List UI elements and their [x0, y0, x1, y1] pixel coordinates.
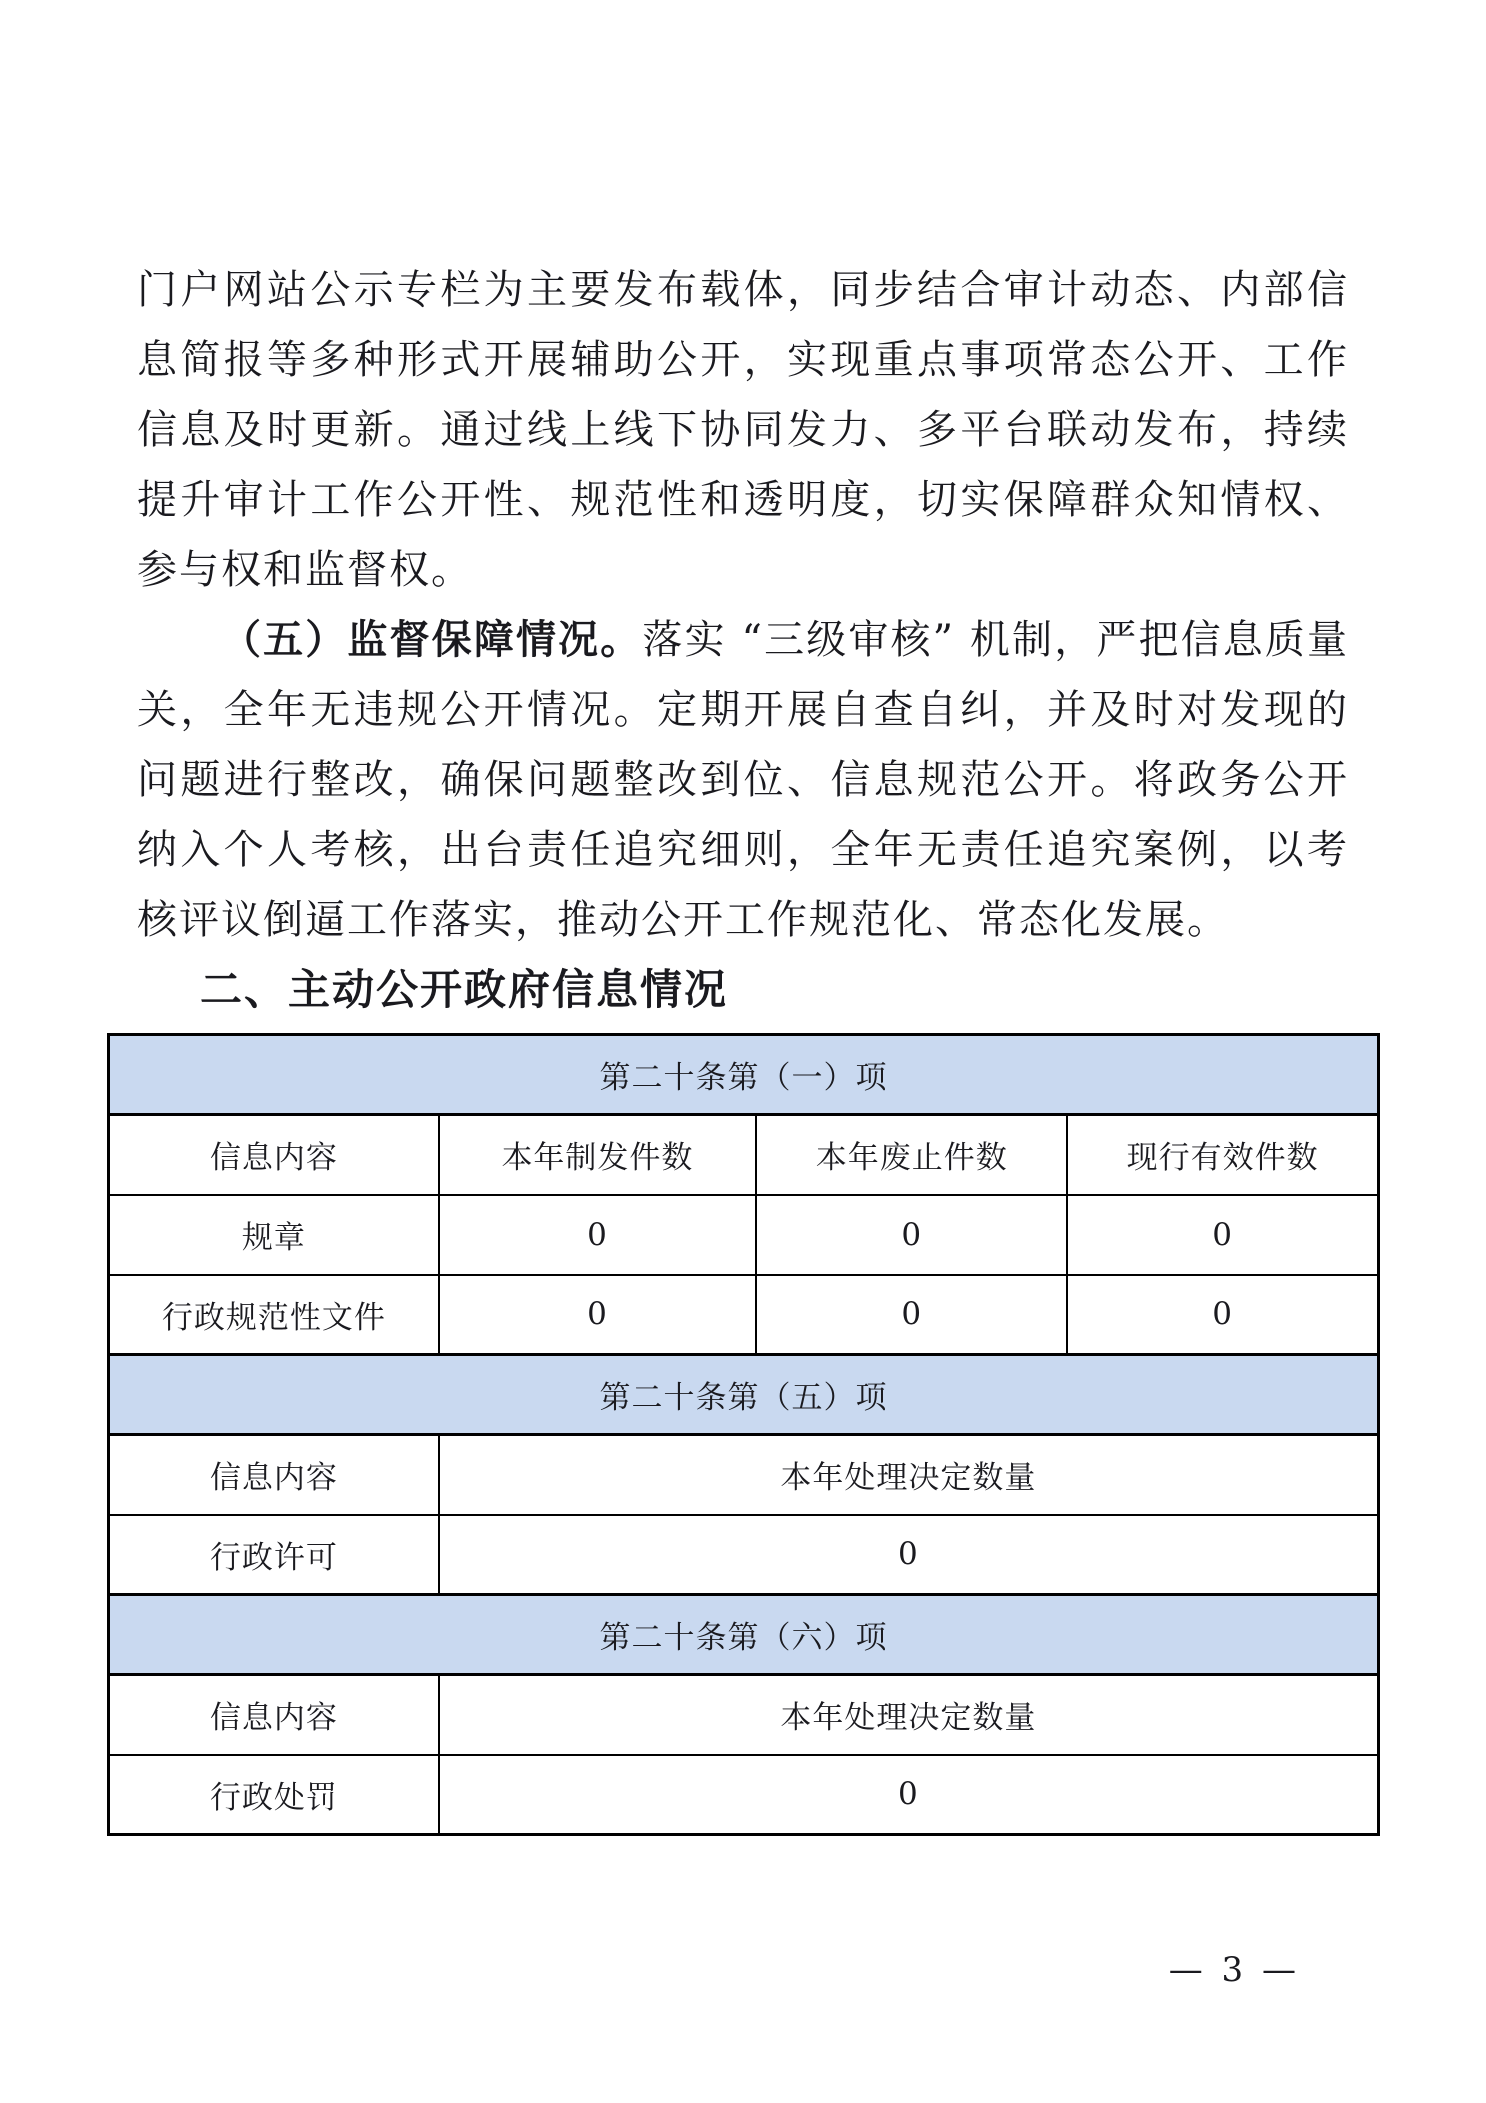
cell-value: 0 — [439, 1515, 1379, 1595]
column-header-repealed-this-year: 本年废止件数 — [756, 1115, 1067, 1195]
paragraph-text: 落实 “三级审核” 机制，严把信息质量关，全年无违规公开情况。定期开展自查自纠，… — [137, 617, 1349, 943]
row-label-normative-documents: 行政规范性文件 — [109, 1275, 439, 1355]
table-section-header-row: 第二十条第（一）项 — [109, 1035, 1379, 1115]
cell-value: 0 — [439, 1275, 757, 1355]
paragraph-supervision: （五）监督保障情况。落实 “三级审核” 机制，严把信息质量关，全年无违规公开情况… — [137, 605, 1349, 955]
cell-value: 0 — [439, 1195, 757, 1275]
table-section-header-row: 第二十条第（六）项 — [109, 1595, 1379, 1675]
disclosure-info-table: 第二十条第（一）项 信息内容 本年制发件数 本年废止件数 现行有效件数 规章 0… — [107, 1033, 1380, 1836]
table-section-header-article20-item5: 第二十条第（五）项 — [109, 1355, 1379, 1435]
table-row: 规章 0 0 0 — [109, 1195, 1379, 1275]
cell-value: 0 — [756, 1275, 1067, 1355]
column-header-issued-this-year: 本年制发件数 — [439, 1115, 757, 1195]
cell-value: 0 — [1067, 1195, 1378, 1275]
column-header-info-content: 信息内容 — [109, 1675, 439, 1755]
body-text: 门户网站公示专栏为主要发布载体，同步结合审计动态、内部信息简报等多种形式开展辅助… — [137, 255, 1349, 955]
table-section-header-row: 第二十条第（五）项 — [109, 1355, 1379, 1435]
paragraph-text: 门户网站公示专栏为主要发布载体，同步结合审计动态、内部信息简报等多种形式开展辅助… — [137, 267, 1349, 593]
column-header-info-content: 信息内容 — [109, 1435, 439, 1515]
paragraph-lead-bold: （五）监督保障情况。 — [221, 616, 642, 663]
column-header-info-content: 信息内容 — [109, 1115, 439, 1195]
row-label-administrative-license: 行政许可 — [109, 1515, 439, 1595]
cell-value: 0 — [439, 1755, 1379, 1835]
row-label-regulations: 规章 — [109, 1195, 439, 1275]
table-column-header-row: 信息内容 本年制发件数 本年废止件数 现行有效件数 — [109, 1115, 1379, 1195]
page-number: — 3 — — [1169, 1950, 1300, 1990]
row-label-administrative-penalty: 行政处罚 — [109, 1755, 439, 1835]
table-column-header-row: 信息内容 本年处理决定数量 — [109, 1675, 1379, 1755]
section-heading-proactive-disclosure: 二、主动公开政府信息情况 — [137, 955, 1349, 1025]
column-header-decisions-this-year: 本年处理决定数量 — [439, 1675, 1379, 1755]
document-page: 门户网站公示专栏为主要发布载体，同步结合审计动态、内部信息简报等多种形式开展辅助… — [0, 0, 1486, 2103]
cell-value: 0 — [1067, 1275, 1378, 1355]
column-header-decisions-this-year: 本年处理决定数量 — [439, 1435, 1379, 1515]
paragraph-publicity-channels: 门户网站公示专栏为主要发布载体，同步结合审计动态、内部信息简报等多种形式开展辅助… — [137, 255, 1349, 605]
table-row: 行政许可 0 — [109, 1515, 1379, 1595]
table-row: 行政规范性文件 0 0 0 — [109, 1275, 1379, 1355]
table-section-header-article20-item6: 第二十条第（六）项 — [109, 1595, 1379, 1675]
table-row: 行政处罚 0 — [109, 1755, 1379, 1835]
table-section-header-article20-item1: 第二十条第（一）项 — [109, 1035, 1379, 1115]
cell-value: 0 — [756, 1195, 1067, 1275]
column-header-currently-valid: 现行有效件数 — [1067, 1115, 1378, 1195]
table-column-header-row: 信息内容 本年处理决定数量 — [109, 1435, 1379, 1515]
